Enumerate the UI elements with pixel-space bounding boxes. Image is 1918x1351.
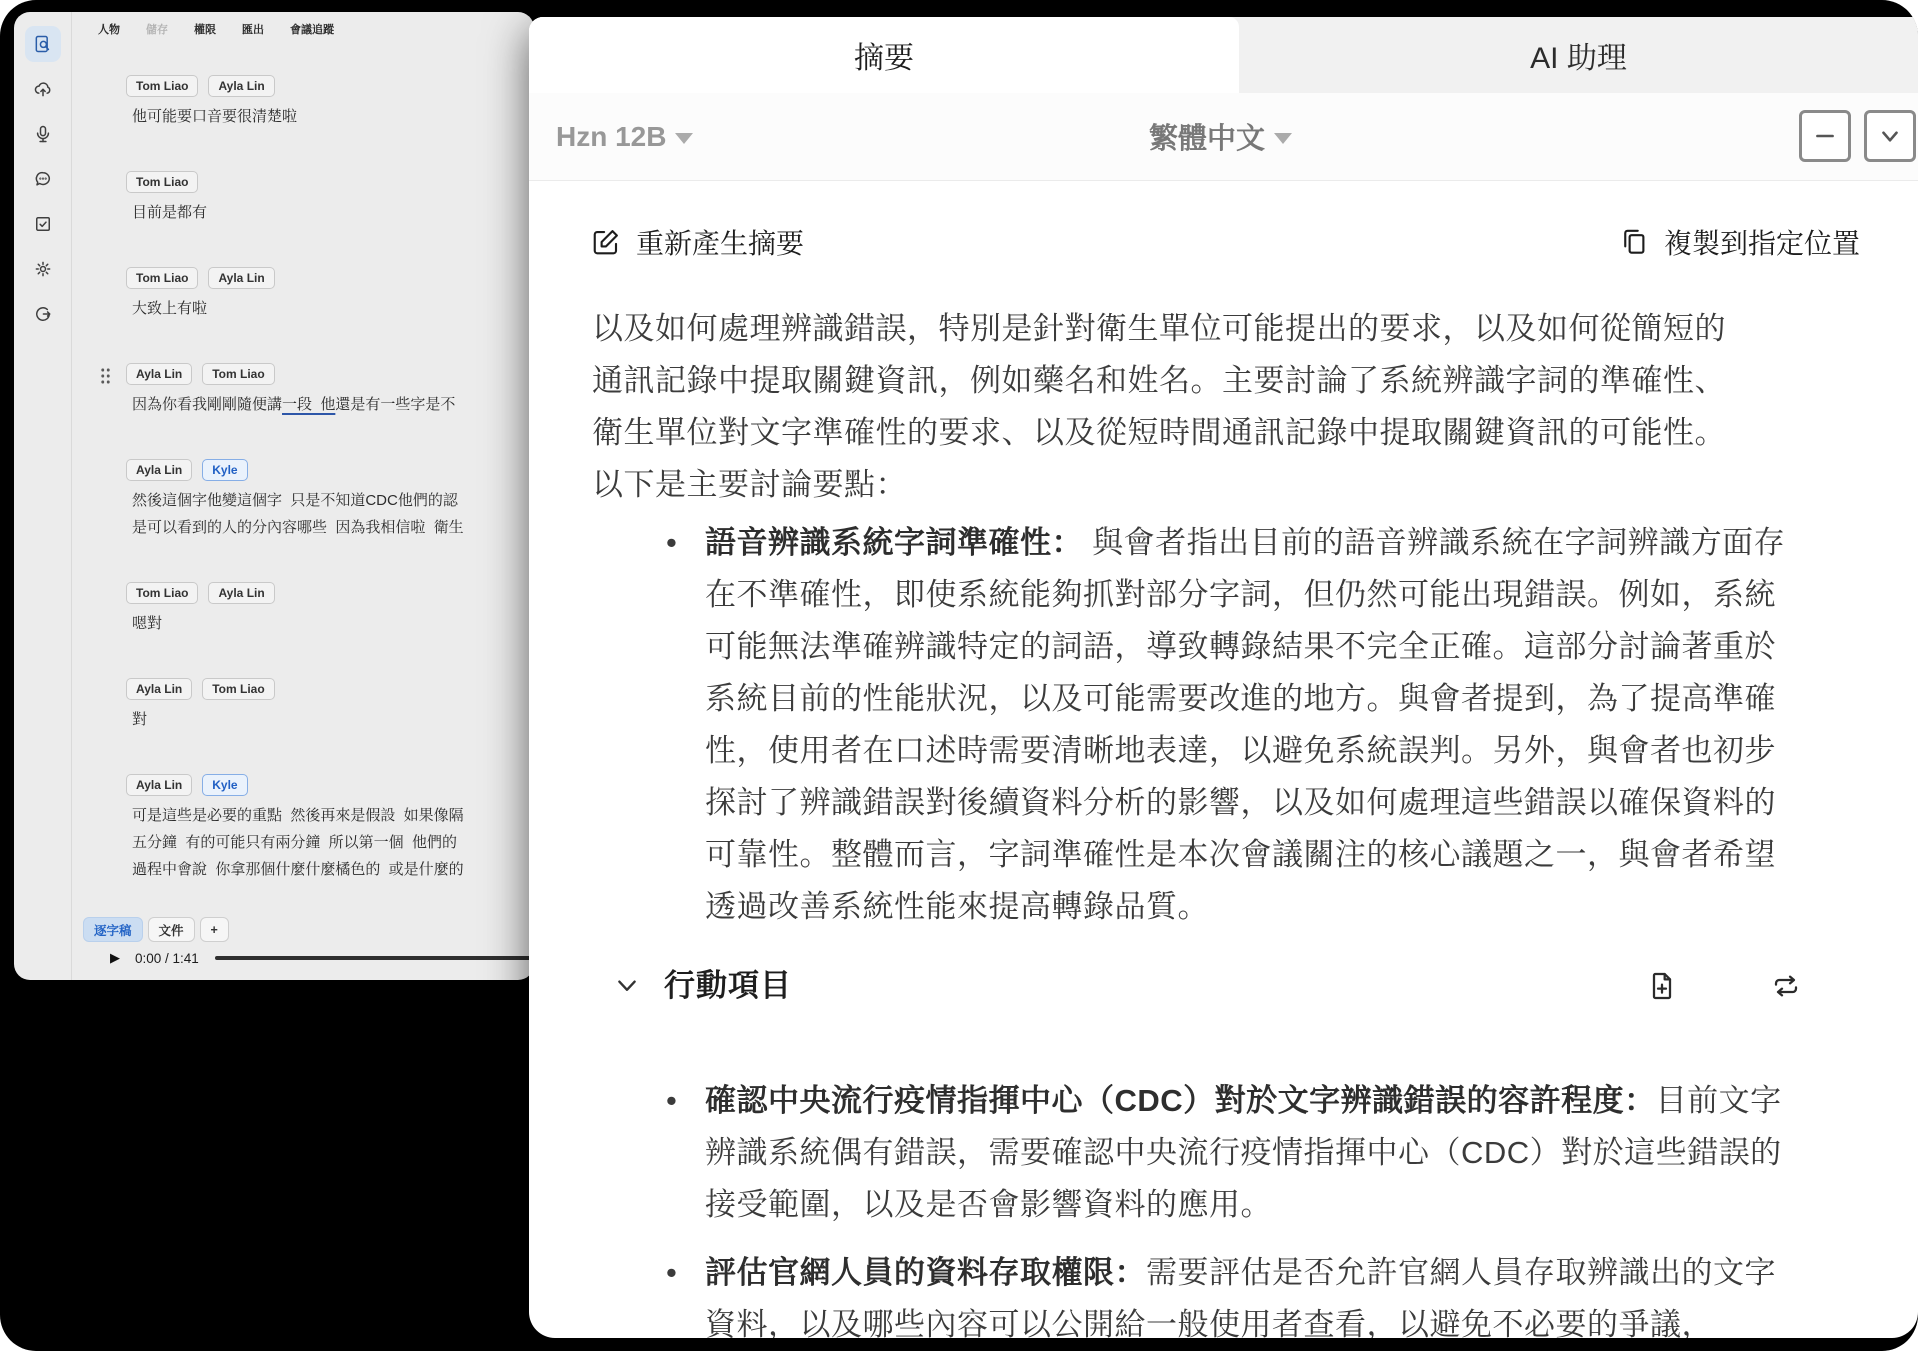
summary-intro: 以及如何處理辨識錯誤，特別是針對衛生單位可能提出的要求，以及如何從簡短的通訊記錄… [592, 303, 1757, 511]
transcript-text: 五分鐘 有的可能只有兩分鐘 所以第一個 他們的 [126, 829, 534, 856]
transcript-entry: Ayla LinTom Liao對 [126, 678, 534, 733]
cloud-upload-icon [33, 79, 53, 99]
transcript-entry: Ayla LinKyle可是這些是必要的重點 然後再來是假設 如果像隔五分鐘 有… [126, 774, 534, 883]
menu-item[interactable]: 權限 [194, 21, 216, 37]
model-select-value: Hzn 12B [556, 121, 666, 153]
language-select[interactable]: 繁體中文 [1149, 93, 1292, 180]
summary-panel: 摘要AI 助理 Hzn 12B 繁體中文 重新產生 [529, 17, 1918, 1338]
regenerate-summary-label: 重新產生摘要 [636, 222, 804, 262]
transcript-entry: Ayla LinKyle然後這個字他變這個字 只是不知道CDC他們的認是可以看到… [126, 459, 534, 541]
speaker-tag[interactable]: Tom Liao [126, 267, 198, 289]
transcript-text: 嗯對 [126, 610, 534, 637]
transcript-entry: Tom LiaoAyla Lin大致上有啦 [126, 267, 534, 322]
action-items-tools [1646, 970, 1802, 1002]
menu-item[interactable]: 人物 [98, 21, 120, 37]
speaker-tag[interactable]: Ayla Lin [126, 678, 192, 700]
bottom-bar: 逐字稿文件+ ▶ 0:00 / 1:41 [72, 917, 534, 980]
transcript-text: 是可以看到的人的分內容哪些 因為我相信啦 衛生 [126, 514, 534, 541]
speaker-tag[interactable]: Ayla Lin [208, 582, 274, 604]
transcript-text: 他可能要口音要很清楚啦 [126, 103, 534, 130]
play-icon[interactable]: ▶ [110, 950, 120, 966]
speaker-tag[interactable]: Tom Liao [126, 582, 198, 604]
speaker-tag[interactable]: Tom Liao [126, 171, 198, 193]
speaker-tag[interactable]: Kyle [202, 459, 247, 481]
sync-arrow-icon [33, 304, 53, 324]
summary-content: 以及如何處理辨識錯誤，特別是針對衛生單位可能提出的要求，以及如何從簡短的通訊記錄… [529, 303, 1918, 1338]
transcript-text: 過程中會說 你拿那個什麼什麼橘色的 或是什麼的 [126, 856, 534, 883]
speaker-tag[interactable]: Tom Liao [126, 75, 198, 97]
minus-icon [1812, 123, 1838, 149]
transcript-window: 人物儲存權限匯出會議追蹤 Tom LiaoAyla Lin他可能要口音要很清楚啦… [14, 12, 534, 980]
panel-tab[interactable]: AI 助理 [1239, 17, 1918, 93]
bottom-tab[interactable]: 逐字稿 [83, 917, 143, 942]
speaker-tags: Ayla LinTom Liao [126, 678, 534, 700]
desktop-background: 人物儲存權限匯出會議追蹤 Tom LiaoAyla Lin他可能要口音要很清楚啦… [0, 0, 1918, 1351]
audio-player: ▶ 0:00 / 1:41 [83, 950, 534, 966]
speaker-tags: Ayla LinTom Liao [126, 363, 534, 385]
record-button[interactable] [25, 116, 61, 152]
tasks-button[interactable] [25, 206, 61, 242]
upload-button[interactable] [25, 71, 61, 107]
panel-tab[interactable]: 摘要 [529, 17, 1239, 93]
speaker-tag[interactable]: Tom Liao [202, 678, 274, 700]
speaker-tags: Tom LiaoAyla Lin [126, 267, 534, 289]
panel-tabs: 摘要AI 助理 [529, 17, 1918, 93]
menu-item[interactable]: 儲存 [146, 21, 168, 37]
copy-to-location-button[interactable]: 複製到指定位置 [1619, 222, 1860, 262]
speaker-tag[interactable]: Tom Liao [202, 363, 274, 385]
playback-time: 0:00 / 1:41 [135, 951, 199, 966]
file-plus-icon[interactable] [1646, 970, 1678, 1002]
bullet-item: 確認中央流行疫情指揮中心（CDC）對於文字辨識錯誤的容許程度：目前文字辨識系統偶… [592, 1075, 1795, 1231]
bottom-tab[interactable]: 文件 [148, 917, 195, 942]
summary-bullets: 語音辨識系統字詞準確性： 與會者指出目前的語音辨識系統在字詞辨識方面存在不準確性… [592, 517, 1830, 933]
action-items-header: 行動項目 [592, 963, 1830, 1009]
chevron-down-icon [1274, 133, 1292, 144]
bottom-tabs: 逐字稿文件+ [83, 917, 229, 942]
speaker-tag[interactable]: Ayla Lin [208, 267, 274, 289]
transcript-text: 目前是都有 [126, 199, 534, 226]
transcript-list: Tom LiaoAyla Lin他可能要口音要很清楚啦Tom Liao目前是都有… [72, 46, 534, 917]
gear-icon [33, 259, 53, 279]
panel-window-buttons [1799, 110, 1916, 162]
transcript-text: 因為你看我剛剛隨便講一段 他還是有一些字是不 [126, 391, 534, 418]
regenerate-summary-button[interactable]: 重新產生摘要 [591, 222, 804, 262]
speaker-tag[interactable]: Ayla Lin [126, 459, 192, 481]
drag-handle-icon[interactable] [100, 367, 111, 384]
action-items-bullets: 確認中央流行疫情指揮中心（CDC）對於文字辨識錯誤的容許程度：目前文字辨識系統偶… [592, 1075, 1830, 1338]
repeat-icon[interactable] [1770, 970, 1802, 1002]
transcript-text: 可是這些是必要的重點 然後再來是假設 如果像隔 [126, 802, 534, 829]
panel-controls: Hzn 12B 繁體中文 [529, 93, 1918, 181]
transcript-entry: Tom Liao目前是都有 [126, 171, 534, 226]
bullet-item: 語音辨識系統字詞準確性： 與會者指出目前的語音辨識系統在字詞辨識方面存在不準確性… [592, 517, 1795, 933]
transcript-entry: Tom LiaoAyla Lin嗯對 [126, 582, 534, 637]
menu-item[interactable]: 匯出 [242, 21, 264, 37]
transcript-entry: Ayla LinTom Liao因為你看我剛剛隨便講一段 他還是有一些字是不 [126, 363, 534, 418]
chat-button[interactable] [25, 161, 61, 197]
speaker-tags: Tom Liao [126, 171, 534, 193]
settings-button[interactable] [25, 251, 61, 287]
speaker-tag[interactable]: Ayla Lin [126, 774, 192, 796]
bottom-tab[interactable]: + [200, 917, 229, 942]
speaker-tags: Ayla LinKyle [126, 459, 534, 481]
minimize-button[interactable] [1799, 110, 1851, 162]
chevron-down-icon [1877, 123, 1903, 149]
chat-bubble-icon [33, 169, 53, 189]
transcript-text: 然後這個字他變這個字 只是不知道CDC他們的認 [126, 487, 534, 514]
chevron-down-icon [675, 133, 693, 144]
transcript-entry: Tom LiaoAyla Lin他可能要口音要很清楚啦 [126, 75, 534, 130]
speaker-tags: Tom LiaoAyla Lin [126, 75, 534, 97]
speaker-tags: Ayla LinKyle [126, 774, 534, 796]
edit-icon [591, 227, 621, 257]
menu-item[interactable]: 會議追蹤 [290, 21, 334, 37]
microphone-icon [33, 124, 53, 144]
action-items-title: 行動項目 [664, 960, 792, 1012]
speaker-tag[interactable]: Ayla Lin [208, 75, 274, 97]
speaker-tag[interactable]: Kyle [202, 774, 247, 796]
speaker-tags: Tom LiaoAyla Lin [126, 582, 534, 604]
progress-bar[interactable] [215, 956, 534, 960]
copy-icon [1619, 227, 1649, 257]
transcript-search-icon [33, 34, 53, 54]
checkbox-icon [33, 214, 53, 234]
chevron-down-icon[interactable] [614, 973, 640, 999]
model-select[interactable]: Hzn 12B [556, 93, 693, 180]
transcript-text: 對 [126, 706, 534, 733]
transcript-search-button[interactable] [25, 26, 61, 62]
summary-actions: 重新產生摘要 複製到指定位置 [529, 181, 1918, 303]
menubar: 人物儲存權限匯出會議追蹤 [72, 12, 534, 46]
bullet-item: 評估官網人員的資料存取權限：需要評估是否允許官網人員存取辨識出的文字資料，以及哪… [592, 1247, 1795, 1338]
speaker-tag[interactable]: Ayla Lin [126, 363, 192, 385]
language-select-value: 繁體中文 [1149, 116, 1265, 157]
transcript-text: 大致上有啦 [126, 295, 534, 322]
collapse-button[interactable] [1864, 110, 1916, 162]
copy-to-location-label: 複製到指定位置 [1664, 222, 1860, 262]
sidebar [14, 12, 72, 980]
sync-button[interactable] [25, 296, 61, 332]
